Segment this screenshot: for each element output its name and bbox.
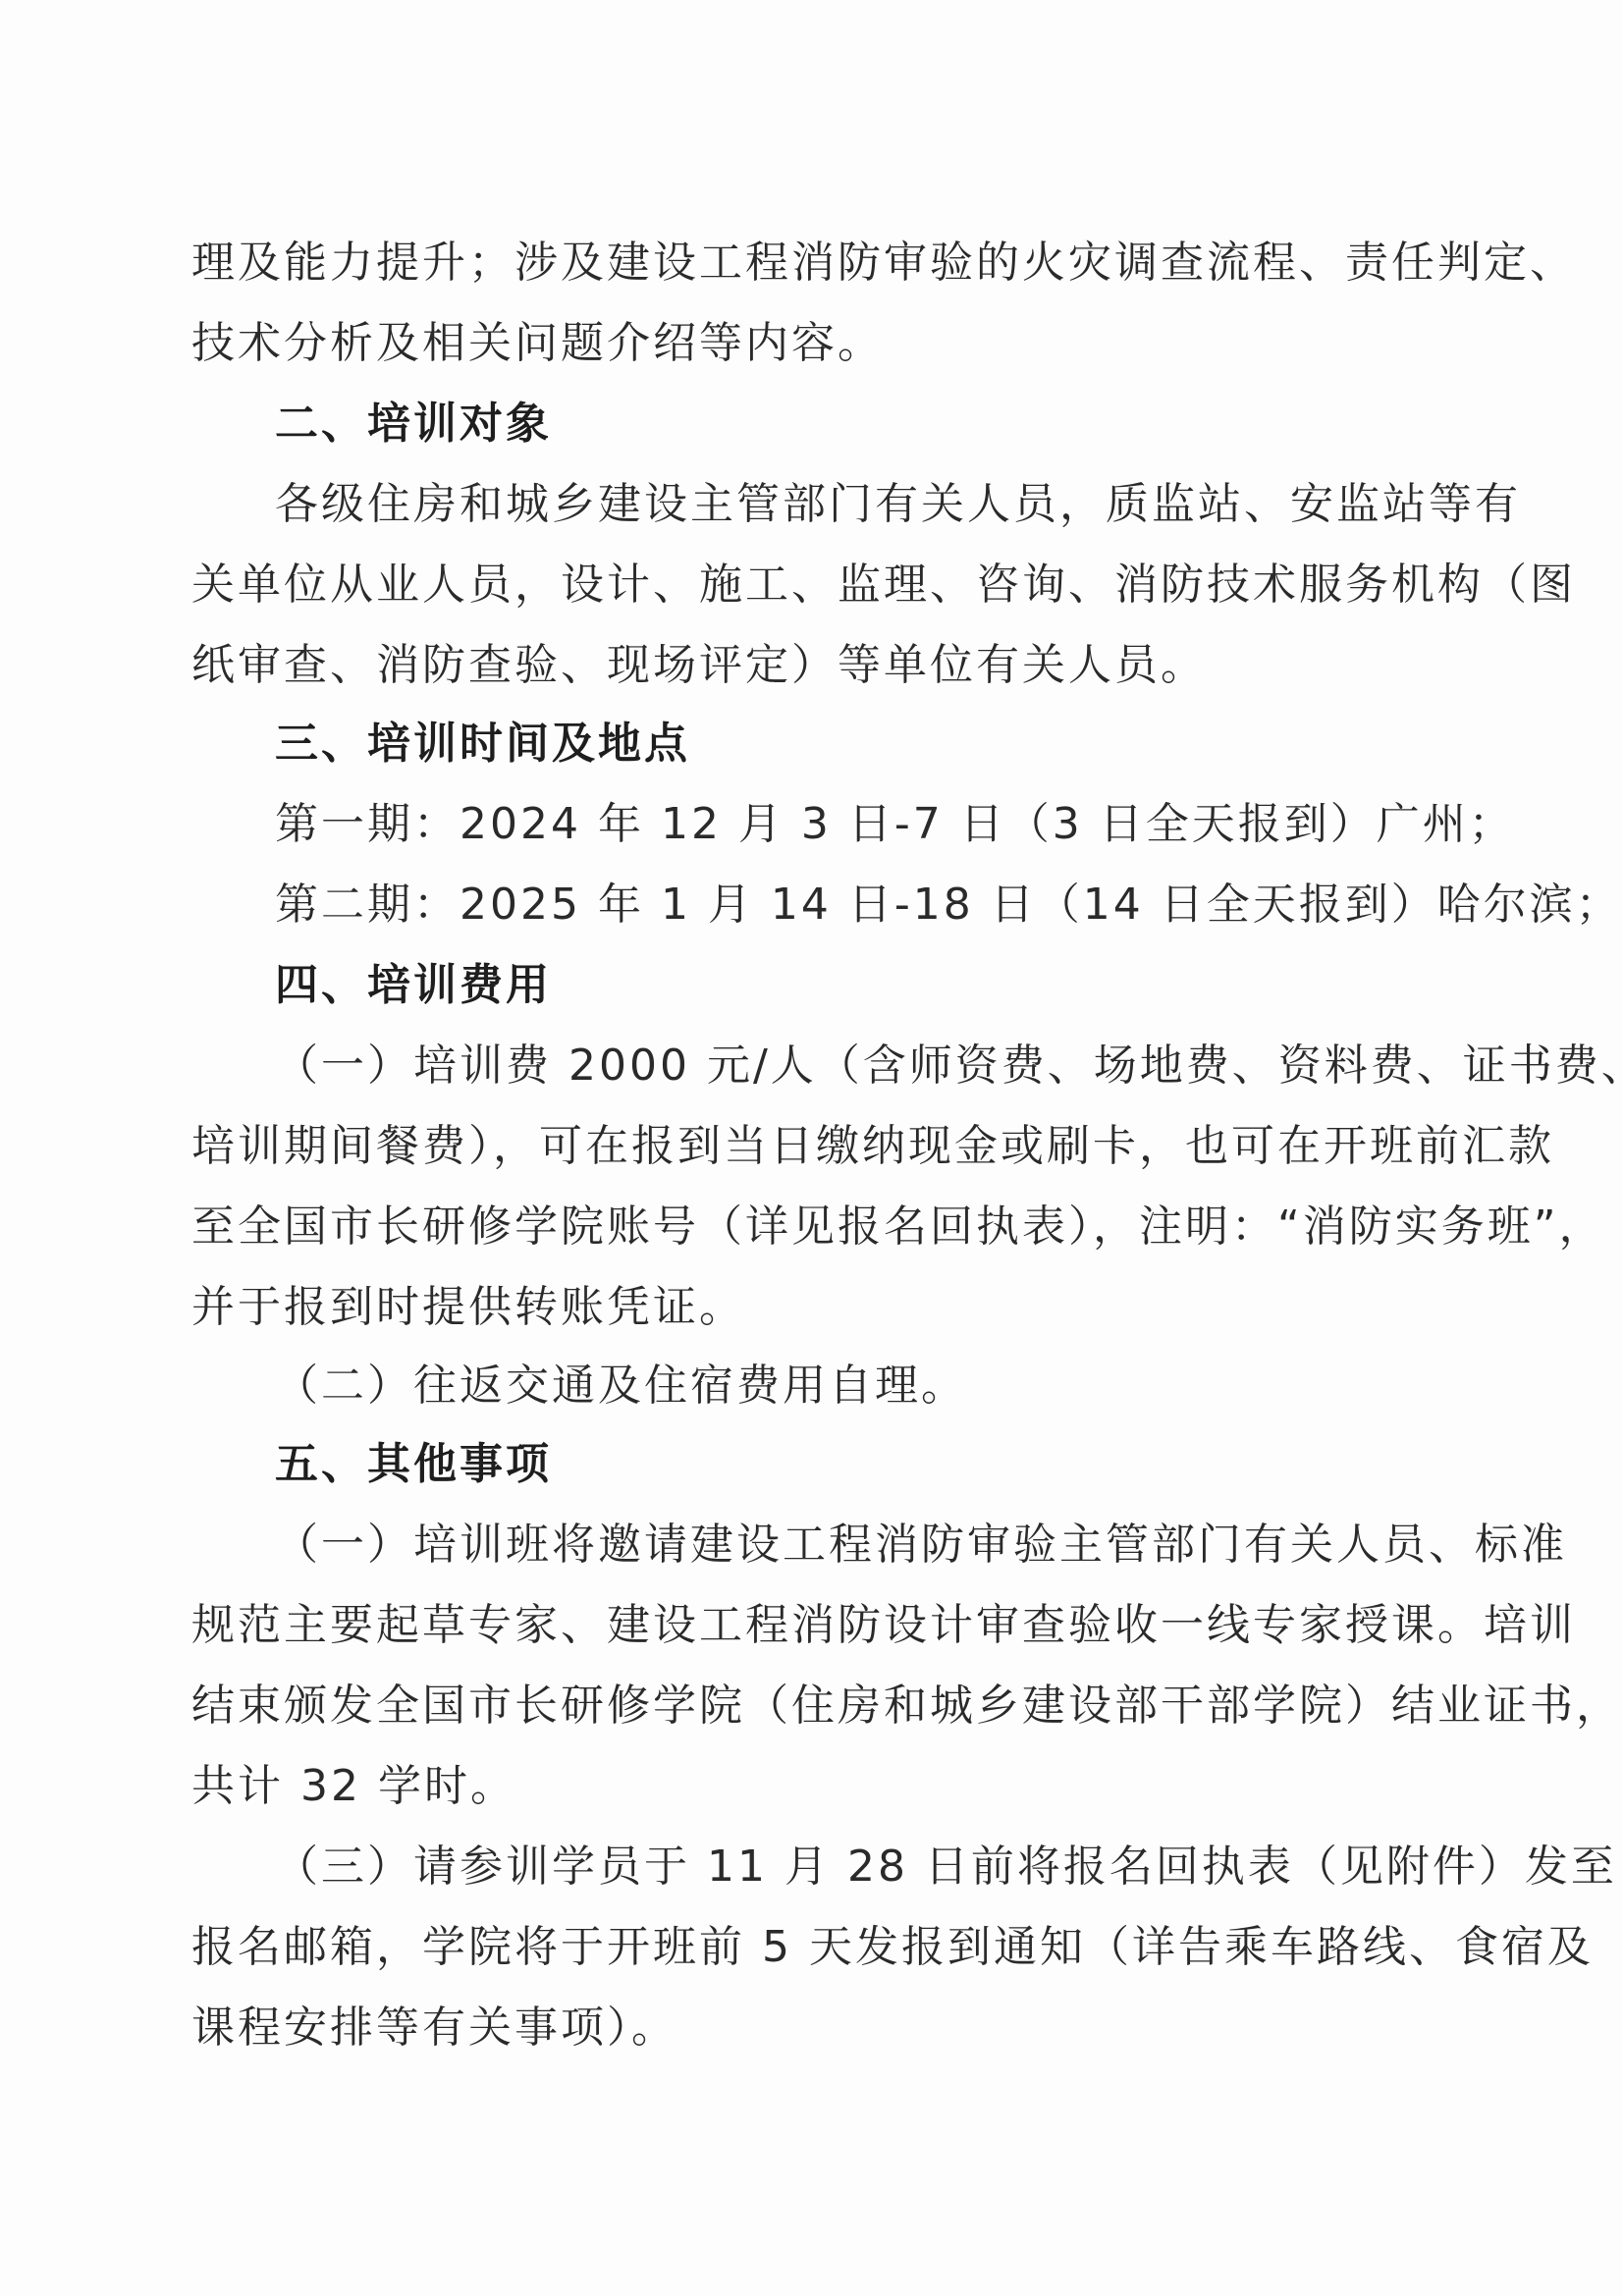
other-item1-line-3: 结束颁发全国市长研修学院（住房和城乡建设部干部学院）结业证书， bbox=[191, 1677, 1458, 1735]
section-heading-training-targets: 二、培训对象 bbox=[275, 395, 1458, 454]
fees-item1-line-3: 至全国市长研修学院账号（详见报名回执表），注明：“消防实务班”， bbox=[191, 1198, 1458, 1256]
other-item1-line-2: 规范主要起草专家、建设工程消防设计审查验收一线专家授课。培训 bbox=[191, 1596, 1458, 1655]
fees-item1-line-4: 并于报到时提供转账凭证。 bbox=[191, 1278, 1458, 1337]
other-item3-line-1: （三）请参训学员于 11 月 28 日前将报名回执表（见附件）发至 bbox=[275, 1838, 1458, 1896]
section2-line-3: 纸审查、消防查验、现场评定）等单位有关人员。 bbox=[191, 636, 1458, 695]
session-1: 第一期：2024 年 12 月 3 日-7 日（3 日全天报到）广州； bbox=[275, 795, 1458, 854]
document-page: 理及能力提升；涉及建设工程消防审验的火灾调查流程、责任判定、 技术分析及相关问题… bbox=[0, 0, 1623, 2296]
intro-line-1: 理及能力提升；涉及建设工程消防审验的火灾调查流程、责任判定、 bbox=[191, 234, 1458, 293]
section2-line-1: 各级住房和城乡建设主管部门有关人员，质监站、安监站等有 bbox=[275, 475, 1458, 534]
other-item1-line-4: 共计 32 学时。 bbox=[191, 1757, 1458, 1816]
section-heading-time-location: 三、培训时间及地点 bbox=[275, 715, 1458, 774]
section-heading-other-matters: 五、其他事项 bbox=[275, 1435, 1458, 1494]
section2-line-2: 关单位从业人员，设计、施工、监理、咨询、消防技术服务机构（图 bbox=[191, 556, 1458, 614]
other-item1-line-1: （一）培训班将邀请建设工程消防审验主管部门有关人员、标准 bbox=[275, 1516, 1458, 1575]
other-item3-line-3: 课程安排等有关事项）。 bbox=[191, 1999, 1458, 2057]
session-2: 第二期：2025 年 1 月 14 日-18 日（14 日全天报到）哈尔滨； bbox=[275, 876, 1458, 934]
other-item3-line-2: 报名邮箱，学院将于开班前 5 天发报到通知（详告乘车路线、食宿及 bbox=[191, 1918, 1458, 1977]
fees-item1-line-2: 培训期间餐费），可在报到当日缴纳现金或刷卡，也可在开班前汇款 bbox=[191, 1117, 1458, 1176]
fees-item1-line-1: （一）培训费 2000 元/人（含师资费、场地费、资料费、证书费、 bbox=[275, 1037, 1458, 1095]
section-heading-training-fees: 四、培训费用 bbox=[275, 956, 1458, 1015]
fees-item2: （二）往返交通及住宿费用自理。 bbox=[275, 1357, 1458, 1415]
intro-line-2: 技术分析及相关问题介绍等内容。 bbox=[191, 314, 1458, 373]
